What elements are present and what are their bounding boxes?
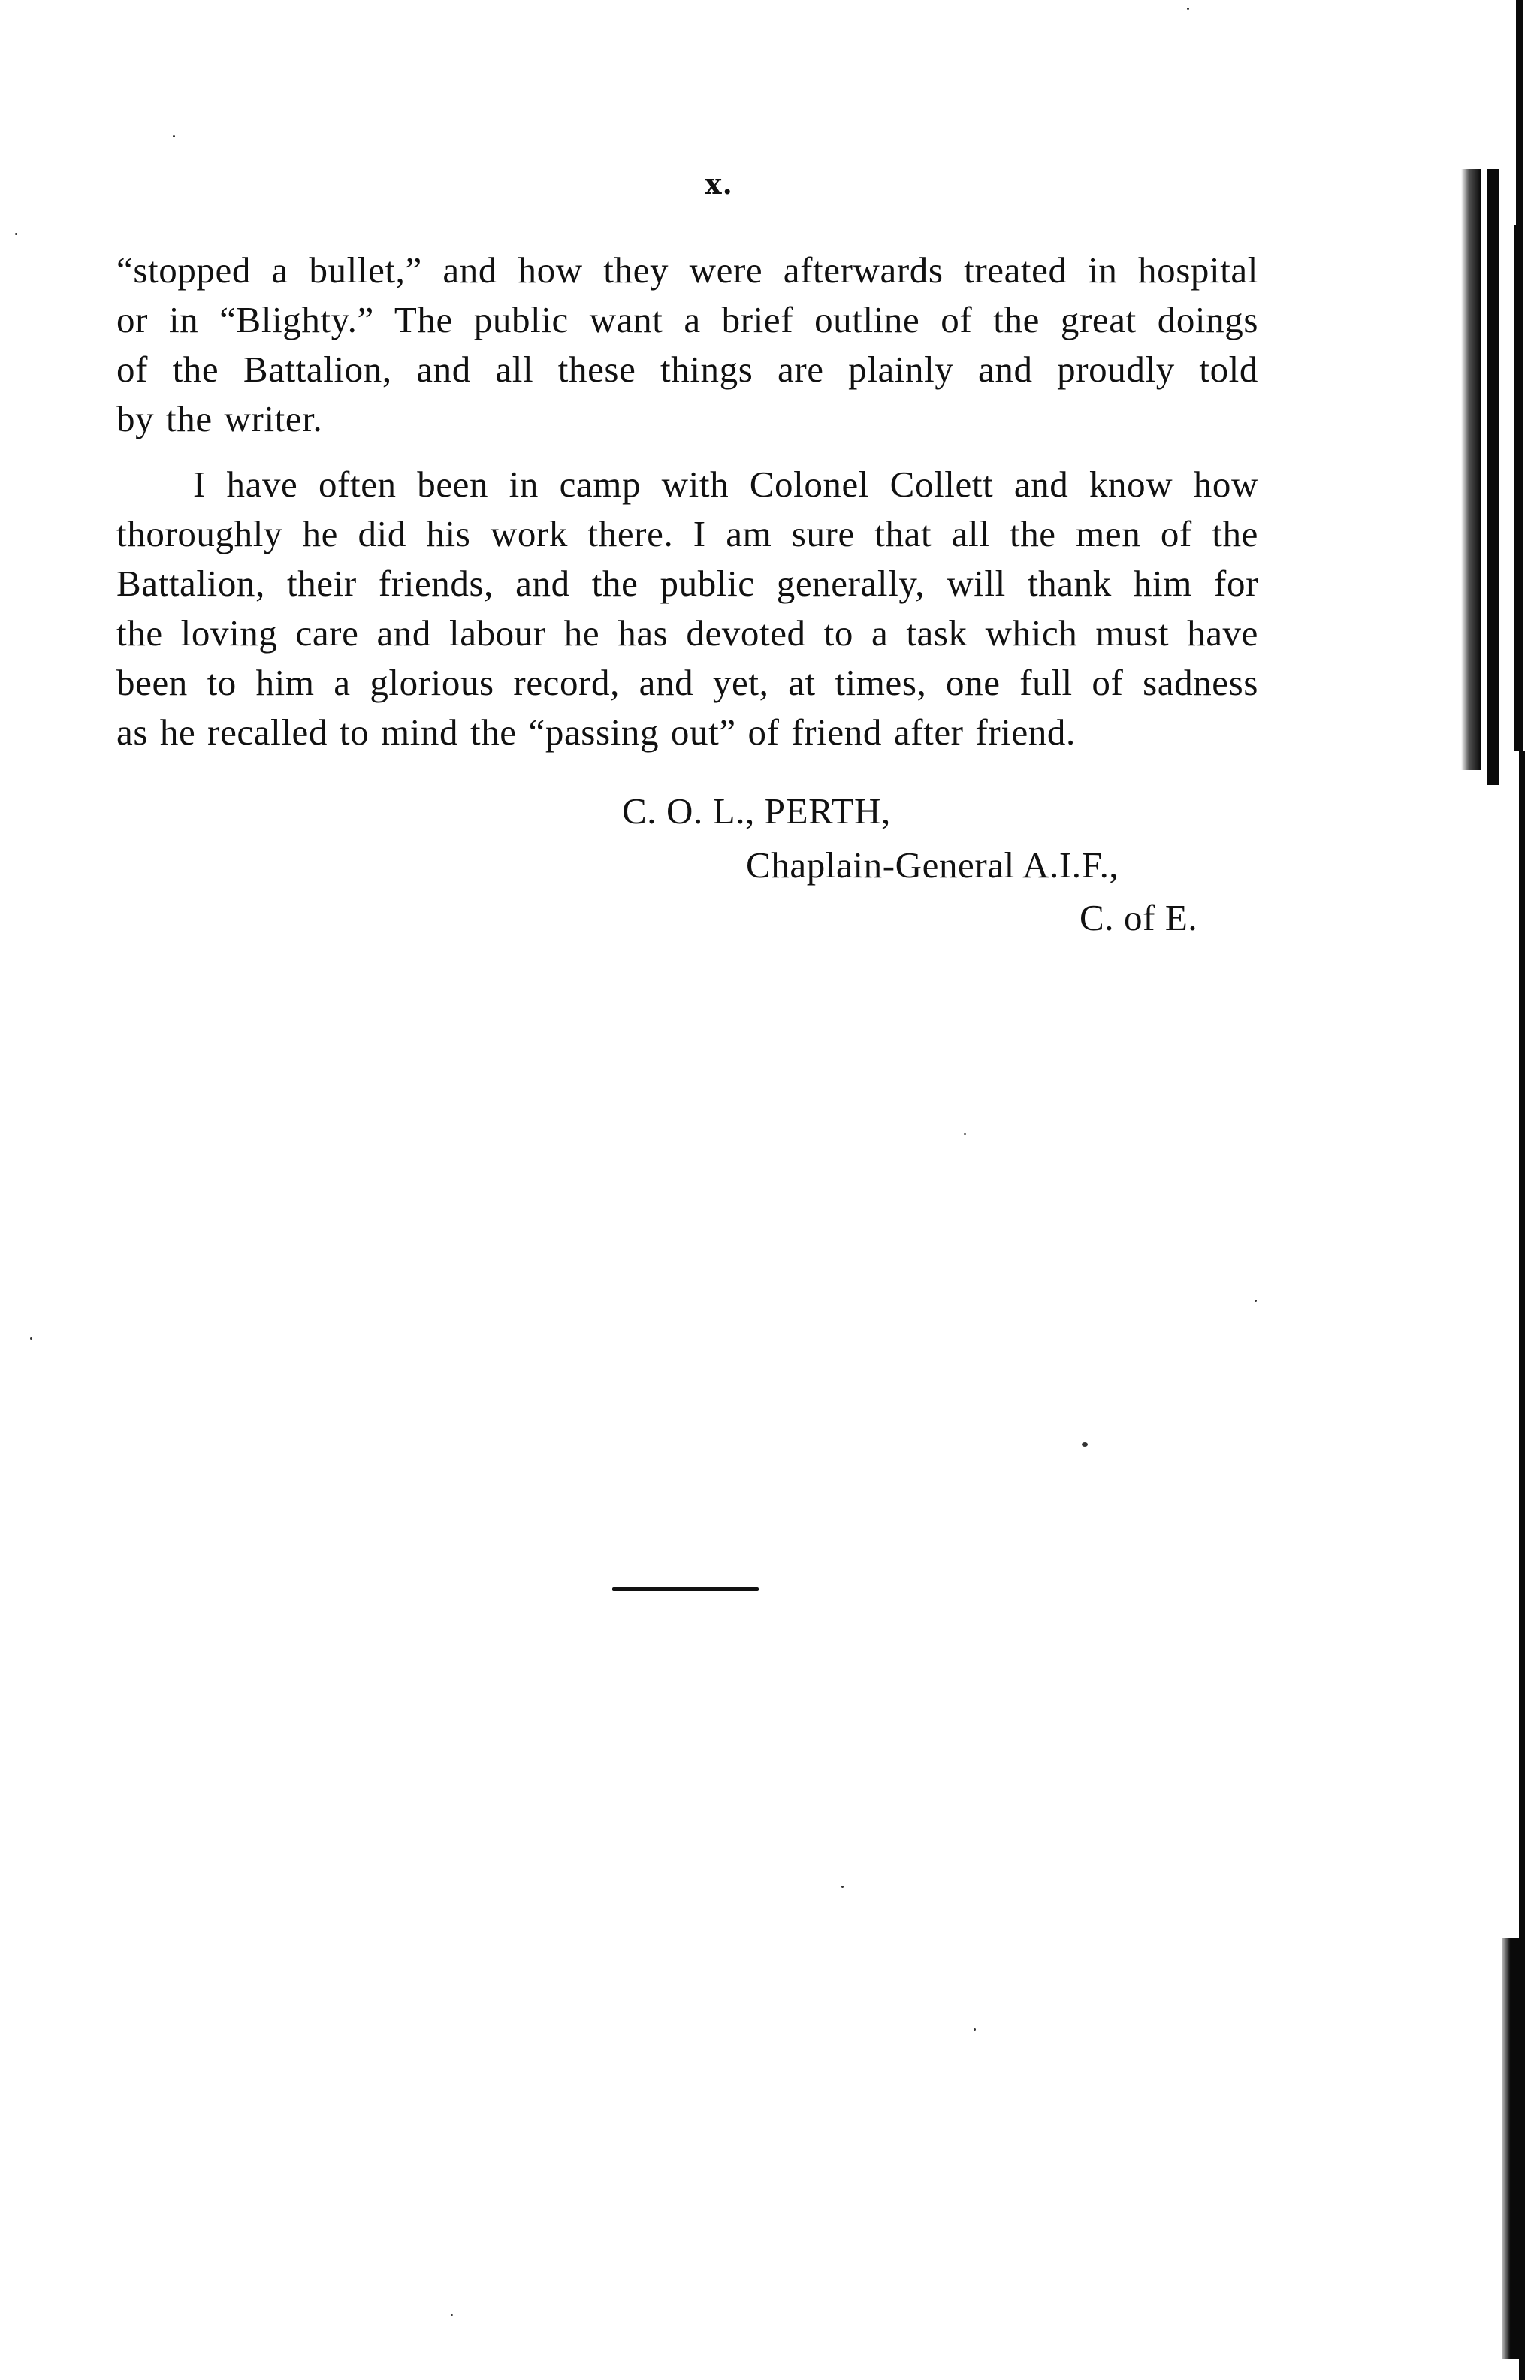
text-line: I have often been in camp with Colonel C… — [116, 460, 1258, 509]
scan-speck — [1082, 1442, 1088, 1447]
scan-speck — [1255, 1300, 1257, 1302]
paragraph-2: I have often been in camp with Colonel C… — [116, 460, 1258, 757]
scan-speck — [964, 1133, 966, 1135]
text-line: Battalion, their friends, and the public… — [116, 559, 1258, 609]
scan-speck — [173, 135, 175, 137]
scan-speck — [1187, 8, 1189, 10]
scan-edge-artifact — [1461, 169, 1481, 770]
text-line: “stopped a bullet,” and how they were af… — [116, 246, 1258, 295]
scan-speck — [451, 2314, 453, 2316]
section-divider-rule — [612, 1587, 759, 1591]
text-line: the loving care and labour he has devote… — [116, 609, 1258, 658]
text-line: as he recalled to mind the “passing out”… — [116, 708, 1258, 757]
scan-speck — [15, 233, 17, 235]
scanned-book-page: x. “stopped a bullet,” and how they were… — [0, 0, 1540, 2380]
text-line: of the Battalion, and all these things a… — [116, 345, 1258, 394]
text-line: been to him a glorious record, and yet, … — [116, 658, 1258, 708]
scan-edge-artifact — [1487, 169, 1499, 785]
scan-speck — [30, 1337, 32, 1340]
paragraph-1: “stopped a bullet,” and how they were af… — [116, 246, 1258, 444]
scan-speck — [841, 1886, 844, 1888]
text-line: thoroughly he did his work there. I am s… — [116, 509, 1258, 559]
scan-edge-artifact — [1502, 1938, 1525, 2359]
signature-name: C. O. L., PERTH, — [622, 789, 891, 834]
signature-title: Chaplain-General A.I.F., — [746, 843, 1119, 888]
scan-edge-artifact — [1516, 0, 1523, 225]
page-number: x. — [705, 167, 733, 201]
text-line: or in “Blighty.” The public want a brief… — [116, 295, 1258, 345]
signature-affiliation: C. of E. — [1080, 896, 1197, 941]
scan-speck — [974, 2028, 976, 2031]
text-line: by the writer. — [116, 394, 1258, 444]
scan-edge-artifact — [1514, 225, 1523, 751]
